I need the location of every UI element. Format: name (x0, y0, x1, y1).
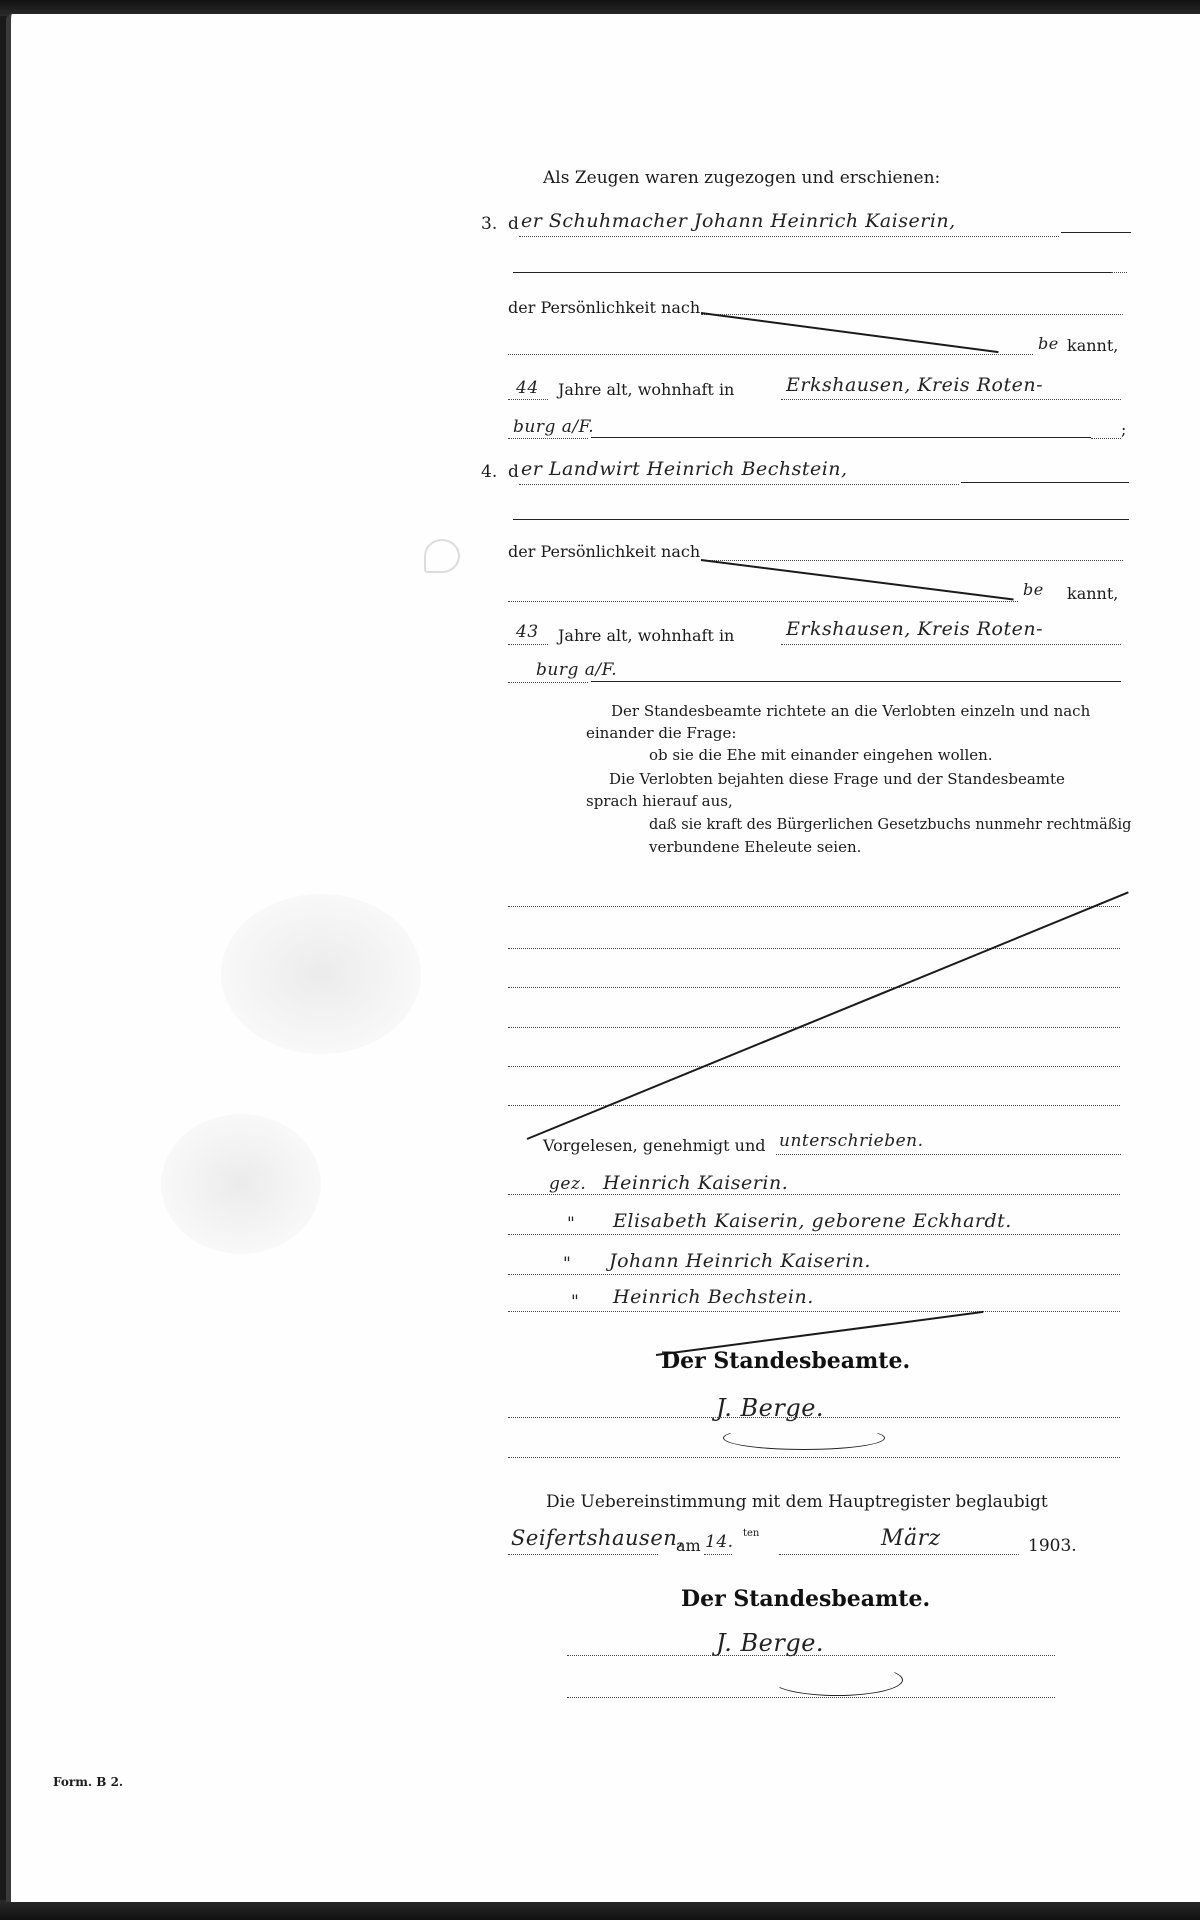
form-dotted-line (1091, 438, 1121, 439)
day-suffix: ten (743, 1528, 759, 1539)
ceremony-p2-line1: Die Verlobten bejahten diese Frage und d… (609, 768, 1065, 790)
strike-line (527, 891, 1129, 1139)
form-dotted-line (508, 1105, 1120, 1106)
form-dotted-line (508, 906, 1120, 907)
strike-line (701, 312, 999, 353)
form-dotted-line (701, 314, 1123, 315)
form-dotted-line (508, 438, 588, 439)
witness-number: 3. (481, 214, 497, 234)
ceremony-p1-line1: Der Standesbeamte richtete an die Verlob… (611, 700, 1090, 722)
certification-month: März (881, 1526, 941, 1551)
fill-line (591, 681, 1121, 682)
witness-age: 44 (516, 378, 539, 398)
signature-prefix: " (563, 1254, 571, 1274)
form-dotted-line (508, 1194, 1120, 1195)
certification-text: Die Uebereinstimmung mit dem Hauptregist… (546, 1492, 1048, 1512)
form-dotted-line (781, 399, 1121, 400)
signature-name: Johann Heinrich Kaiserin. (609, 1250, 871, 1272)
identity-label: der Persönlichkeit nach (508, 298, 700, 317)
known-label: kannt, (1067, 584, 1118, 603)
approval-label: Vorgelesen, genehmigt und (543, 1136, 766, 1155)
form-dotted-line (508, 399, 548, 400)
form-dotted-line (508, 682, 588, 683)
ceremony-declaration-line2: verbundene Eheleute seien. (649, 836, 861, 858)
signature-name: Elisabeth Kaiserin, geborene Eckhardt. (613, 1210, 1012, 1232)
leaf-watermark-icon (424, 539, 460, 573)
form-dotted-line (508, 1311, 1120, 1312)
form-dotted-line (508, 987, 1120, 988)
fill-line (961, 482, 1129, 483)
form-dotted-line (508, 1457, 1120, 1458)
witness-number: 4. (481, 462, 497, 482)
certification-day: 14. (705, 1532, 734, 1552)
form-dotted-line (508, 948, 1120, 949)
form-dotted-line (519, 236, 1059, 237)
ceremony-p1-line2: einander die Frage: (586, 722, 736, 744)
registrar-title: Der Standesbeamte. (681, 1586, 930, 1612)
fill-line (513, 519, 1129, 520)
paper-stain (221, 894, 421, 1054)
register-page: Als Zeugen waren zugezogen und erschiene… (6, 14, 1200, 1902)
age-label: Jahre alt, wohnhaft in (558, 380, 734, 399)
known-label: kannt, (1067, 336, 1118, 355)
form-dotted-line (779, 1554, 1019, 1555)
form-dotted-line (701, 560, 1123, 561)
fill-line (513, 272, 1113, 273)
signature-prefix: " (571, 1292, 579, 1312)
witness-age: 43 (516, 622, 539, 642)
ceremony-declaration-line1: daß sie kraft des Bürgerlichen Gesetzbuc… (649, 814, 1131, 836)
identity-value: be (1038, 334, 1059, 353)
strike-line (701, 559, 1014, 600)
fill-line (591, 437, 1091, 438)
end-mark: ; (1121, 420, 1126, 439)
form-dotted-line (508, 601, 1018, 602)
signature-prefix: gez. (549, 1174, 586, 1194)
witness-name: er Schuhmacher Johann Heinrich Kaiserin, (521, 210, 956, 232)
form-dotted-line (1111, 272, 1127, 273)
age-label: Jahre alt, wohnhaft in (558, 626, 734, 645)
form-number: Form. B 2. (53, 1775, 123, 1789)
form-dotted-line (508, 644, 548, 645)
form-dotted-line (508, 1274, 1120, 1275)
form-dotted-line (508, 1234, 1120, 1235)
scan-bottom-edge (0, 1900, 1200, 1920)
paper-stain (161, 1114, 321, 1254)
fill-line (1061, 232, 1131, 233)
signature-name: Heinrich Kaiserin. (603, 1172, 788, 1194)
ceremony-question: ob sie die Ehe mit einander eingehen wol… (649, 744, 993, 766)
form-dotted-line (567, 1655, 1055, 1656)
form-dotted-line (508, 1027, 1120, 1028)
form-dotted-line (519, 484, 959, 485)
registrar-title: Der Standesbeamte. (661, 1348, 910, 1374)
signature-flourish (723, 1426, 885, 1450)
form-dotted-line (567, 1697, 1055, 1698)
witnesses-heading: Als Zeugen waren zugezogen und erschiene… (543, 168, 940, 188)
form-dotted-line (776, 1154, 1121, 1155)
signature-prefix: " (567, 1214, 575, 1234)
signature-flourish (771, 1664, 903, 1696)
residence-continued: burg a/F. (536, 660, 617, 680)
registrar-signature: J. Berge. (716, 1629, 824, 1657)
am-label: am (676, 1536, 701, 1555)
form-dotted-line (704, 1554, 732, 1555)
form-dotted-line (508, 1417, 1120, 1418)
residence: Erkshausen, Kreis Roten- (786, 374, 1043, 396)
witness-name: er Landwirt Heinrich Bechstein, (521, 458, 848, 480)
certification-place: Seifertshausen, (511, 1526, 684, 1550)
certification-year: 1903. (1028, 1536, 1077, 1556)
witness-prefix: d (508, 462, 519, 482)
form-dotted-line (781, 644, 1121, 645)
form-dotted-line (508, 1554, 658, 1555)
residence: Erkshausen, Kreis Roten- (786, 618, 1043, 640)
form-dotted-line (508, 1066, 1120, 1067)
residence-continued: burg a/F. (513, 417, 594, 437)
approval-value: unterschrieben. (779, 1131, 924, 1151)
ceremony-p2-line2: sprach hierauf aus, (586, 790, 733, 812)
signature-name: Heinrich Bechstein. (613, 1286, 814, 1308)
identity-value: be (1023, 580, 1044, 599)
form-dotted-line (508, 354, 1033, 355)
identity-label: der Persönlichkeit nach (508, 542, 700, 561)
witness-prefix: d (508, 214, 519, 234)
